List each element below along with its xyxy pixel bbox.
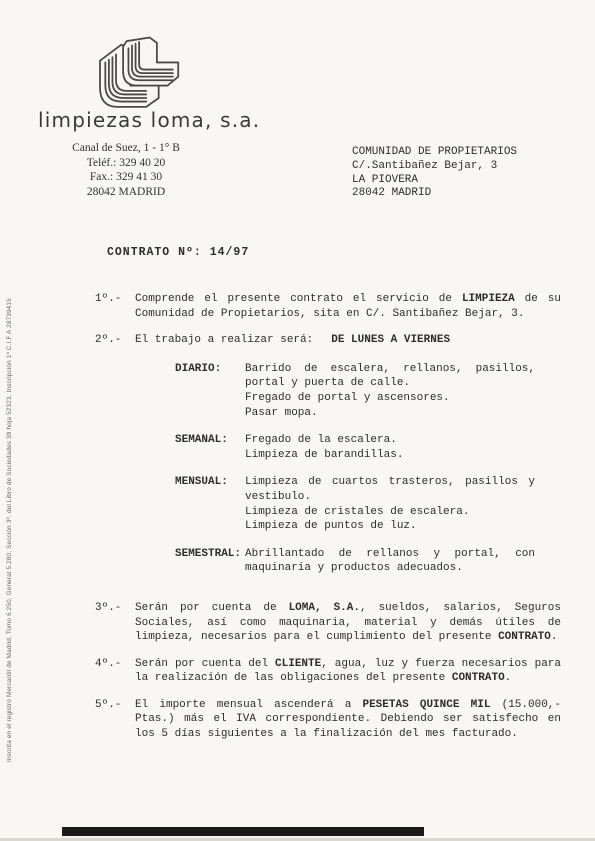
schedule-item-semestral: SEMESTRAL: Abrillantado de rellanos y po…	[175, 547, 561, 576]
schedule-line: Limpieza de cristales de escalera.	[245, 505, 535, 520]
schedule-text-diario: Barrido de escalera, rellanos, pasillos,…	[245, 362, 535, 420]
clause-1-text: Comprende el presente contrato el servic…	[135, 292, 561, 321]
clause-2-bold: DE LUNES A VIERNES	[331, 334, 450, 346]
clause-1: 1º.- Comprende el presente contrato el s…	[95, 292, 561, 321]
schedule-label-semestral: SEMESTRAL:	[175, 547, 245, 576]
clause-5-pre: El importe mensual ascenderá a	[135, 699, 362, 711]
clause-3-bold1: LOMA, S.A.	[289, 602, 360, 614]
clause-4-text: Serán por cuenta del CLIENTE, agua, luz …	[135, 657, 561, 686]
contract-number-heading: CONTRATO Nº: 14/97	[107, 246, 249, 259]
clause-1-pre: Comprende el presente contrato el servic…	[135, 293, 462, 305]
schedule-item-mensual: MENSUAL: Limpieza de cuartos trasteros, …	[175, 475, 561, 533]
clause-5-bold1: PESETAS QUINCE MIL	[362, 699, 490, 711]
clause-3-pre: Serán por cuenta de	[135, 602, 289, 614]
schedule-label-mensual: MENSUAL:	[175, 475, 245, 533]
schedule-line: Fregado de la escalera.	[245, 433, 535, 448]
clause-2-number: 2º.-	[95, 333, 135, 589]
schedule-label-semanal: SEMANAL:	[175, 433, 245, 462]
clause-4-number: 4º.-	[95, 657, 135, 686]
schedule-line: Pasar mopa.	[245, 406, 535, 421]
sender-fax: Fax.: 329 41 30	[50, 170, 202, 185]
schedule-line: Barrido de escalera, rellanos, pasillos,…	[245, 362, 535, 391]
contract-clauses: 1º.- Comprende el presente contrato el s…	[95, 292, 561, 754]
clause-3-text: Serán por cuenta de LOMA, S.A., sueldos,…	[135, 601, 561, 645]
schedule-text-mensual: Limpieza de cuartos trasteros, pasillos …	[245, 475, 535, 533]
limpiezas-loma-logo-icon	[86, 34, 194, 119]
schedule-text-semanal: Fregado de la escalera. Limpieza de bara…	[245, 433, 535, 462]
clause-3-post: .	[551, 631, 558, 643]
clause-2-text: El trabajo a realizar será:DE LUNES A VI…	[135, 333, 561, 589]
clause-4-post: .	[505, 672, 512, 684]
recipient-street: C/.Santibañez Bejar, 3	[352, 160, 517, 174]
schedule-line: Limpieza de puntos de luz.	[245, 519, 535, 534]
schedule-label-diario: DIARIO:	[175, 362, 245, 420]
schedule-item-diario: DIARIO: Barrido de escalera, rellanos, p…	[175, 362, 561, 420]
sender-city: 28042 MADRID	[50, 185, 202, 200]
clause-5-number: 5º.-	[95, 698, 135, 742]
clause-4-bold1: CLIENTE	[275, 658, 321, 670]
cleaning-schedule: DIARIO: Barrido de escalera, rellanos, p…	[175, 362, 561, 576]
recipient-city: 28042 MADRID	[352, 187, 517, 201]
sender-street: Canal de Suez, 1 - 1° B	[50, 141, 202, 156]
company-name: limpiezas loma, s.a.	[38, 108, 260, 132]
clause-5-text: El importe mensual ascenderá a PESETAS Q…	[135, 698, 561, 742]
clause-1-bold: LIMPIEZA	[462, 293, 515, 305]
clause-4: 4º.- Serán por cuenta del CLIENTE, agua,…	[95, 657, 561, 686]
schedule-text-semestral: Abrillantado de rellanos y portal, con m…	[245, 547, 535, 576]
schedule-line: Abrillantado de rellanos y portal, con m…	[245, 547, 535, 576]
schedule-line: Limpieza de barandillas.	[245, 448, 535, 463]
recipient-name: COMUNIDAD DE PROPIETARIOS	[352, 146, 517, 160]
clause-2-pre: El trabajo a realizar será:	[135, 334, 313, 346]
sender-phone: Teléf.: 329 40 20	[50, 156, 202, 171]
registry-inscription-note: Inscrita en el registro Mercantil de Mad…	[6, 284, 13, 762]
recipient-district: LA PIOVERA	[352, 174, 517, 188]
recipient-address-block: COMUNIDAD DE PROPIETARIOS C/.Santibañez …	[352, 146, 517, 201]
scanned-contract-page: Inscrita en el registro Mercantil de Mad…	[0, 0, 595, 841]
clause-5: 5º.- El importe mensual ascenderá a PESE…	[95, 698, 561, 742]
clause-3-bold2: CONTRATO	[498, 631, 551, 643]
clause-1-number: 1º.-	[95, 292, 135, 321]
clause-4-pre: Serán por cuenta del	[135, 658, 275, 670]
schedule-line: Fregado de portal y ascensores.	[245, 391, 535, 406]
clause-3-number: 3º.-	[95, 601, 135, 645]
clause-2: 2º.- El trabajo a realizar será:DE LUNES…	[95, 333, 561, 589]
schedule-line: Limpieza de cuartos trasteros, pasillos …	[245, 475, 535, 504]
sender-address-block: Canal de Suez, 1 - 1° B Teléf.: 329 40 2…	[50, 141, 202, 199]
clause-3: 3º.- Serán por cuenta de LOMA, S.A., sue…	[95, 601, 561, 645]
clause-4-bold2: CONTRATO	[452, 672, 505, 684]
scanner-artifact-bar	[62, 827, 424, 836]
schedule-item-semanal: SEMANAL: Fregado de la escalera. Limpiez…	[175, 433, 561, 462]
